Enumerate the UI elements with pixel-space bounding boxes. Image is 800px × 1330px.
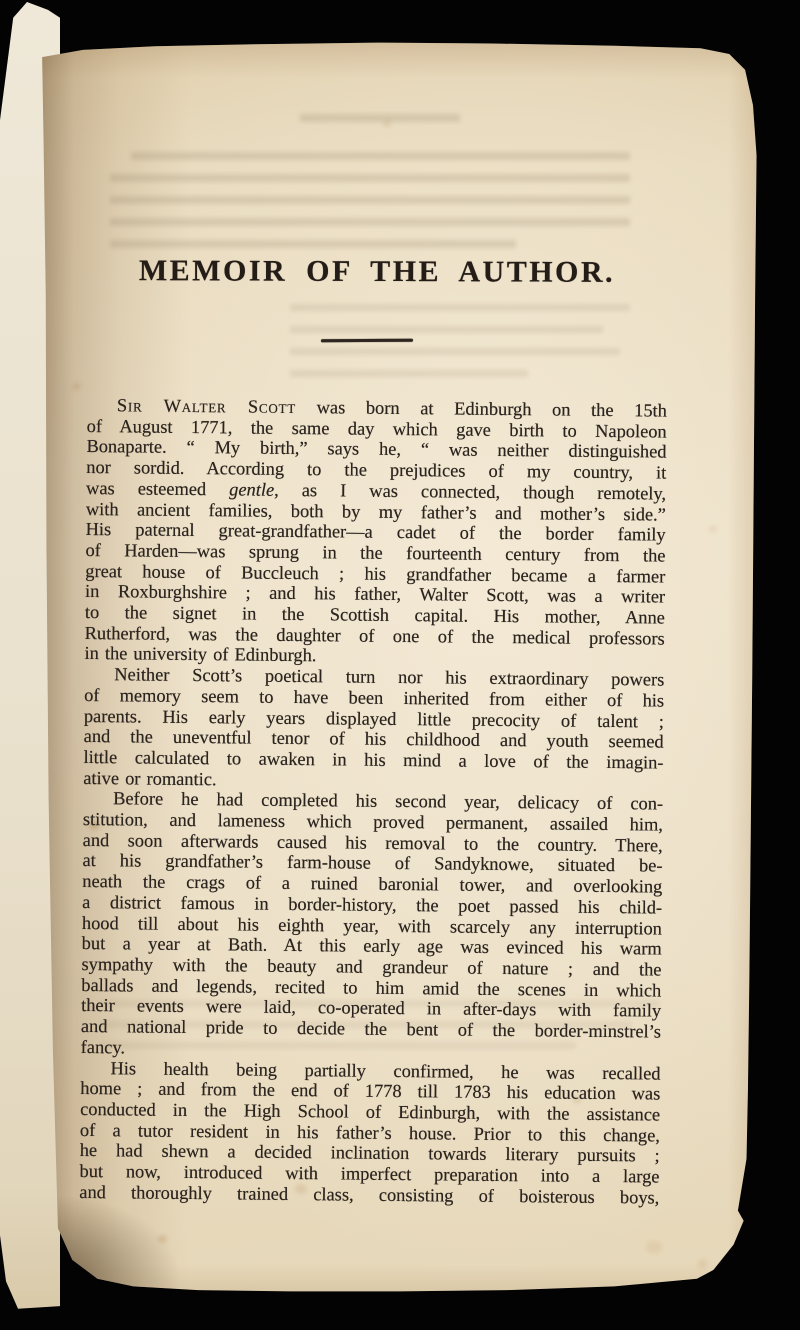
show-through-row	[290, 304, 630, 311]
text-segment: was esteemed	[86, 478, 229, 499]
show-through-row	[131, 152, 630, 160]
foxing-spot	[383, 120, 391, 127]
show-through-row	[290, 348, 620, 355]
book-page: MEMOIR OF THE AUTHOR. Sir Walter Scott w…	[40, 42, 758, 1304]
smallcaps-text: Sir Walter Scott	[117, 395, 296, 417]
show-through-header	[300, 114, 460, 124]
show-through-row	[110, 218, 630, 226]
show-through-row	[110, 174, 630, 182]
foxing-spot	[73, 383, 80, 390]
foxing-spot	[698, 1260, 707, 1268]
body-text: Sir Walter Scott was born at Edinburgh o…	[79, 395, 667, 1208]
show-through-row	[110, 240, 516, 248]
paragraph: Sir Walter Scott was born at Edinburgh o…	[84, 395, 667, 670]
text-segment: , as I was connected, though remotely,	[274, 480, 666, 504]
show-through-row	[300, 114, 460, 122]
foxing-spot	[646, 1241, 662, 1253]
show-through-row	[290, 326, 603, 333]
foxing-spot	[158, 1235, 167, 1243]
paragraph: Before he had completed his second year,…	[81, 788, 664, 1063]
text-segment: was born at Edinburgh on the 15th	[296, 397, 667, 421]
paragraph: His health being partially confirmed, he…	[79, 1057, 660, 1207]
show-through-row	[290, 370, 528, 377]
title-divider	[321, 339, 413, 343]
photo-background: { "colors": { "background": "#030303", "…	[0, 0, 800, 1330]
italic-text: gentle	[229, 479, 274, 499]
show-through-row	[110, 196, 630, 204]
foxing-spot	[710, 526, 716, 532]
paragraph: Neither Scott’s poetical turn nor his ex…	[83, 664, 664, 794]
show-through-block-mid	[290, 304, 630, 404]
page-title: MEMOIR OF THE AUTHOR.	[87, 253, 667, 291]
